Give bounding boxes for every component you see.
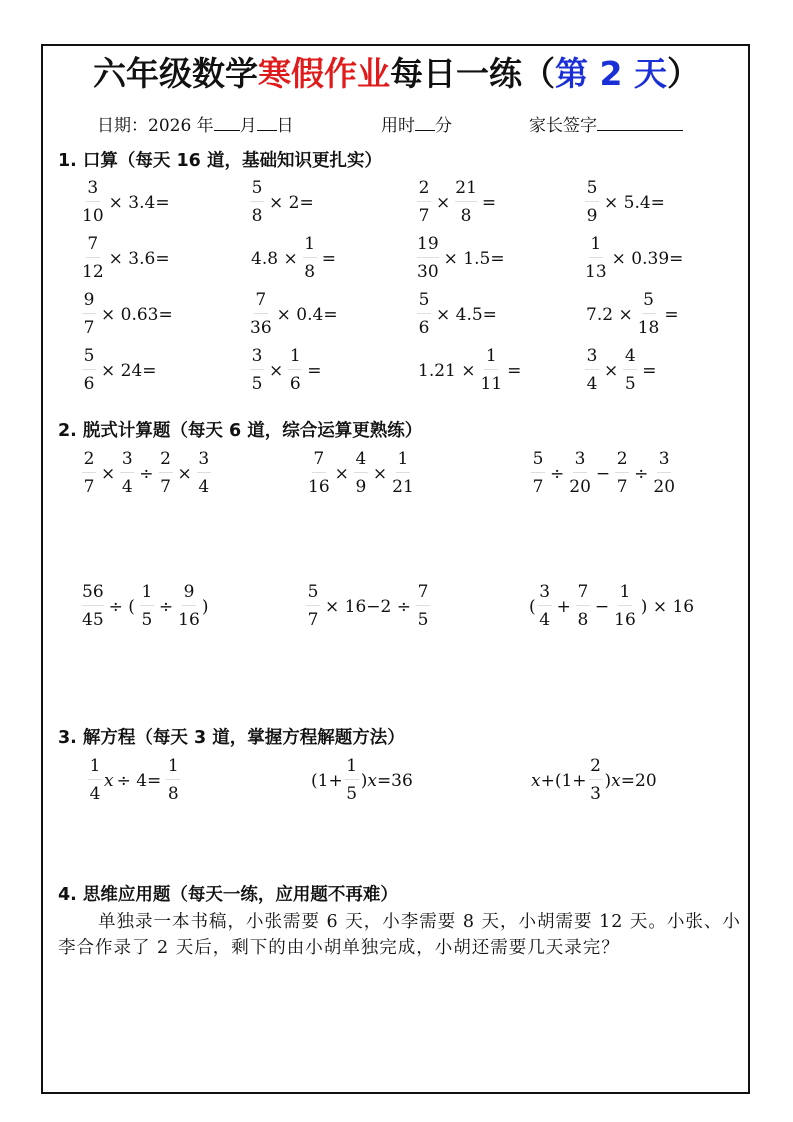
word-problem-text: 单独录一本书稿，小张需要 6 天，小李需要 8 天，小胡需要 12 天。小张、小… (58, 909, 748, 961)
section-2-title: 2. 脱式计算题（每天 6 道，综合运算更熟练） (58, 419, 422, 443)
oral-calc-item: 4.8 ×18= (248, 236, 339, 281)
oral-calc-item: 34×45= (583, 348, 660, 393)
oral-calc-item: 113× 0.39= (583, 236, 686, 281)
step-calc-4: 5645 ÷ ( 15 ÷ 916 ) (80, 584, 208, 629)
title-highlight-red: 寒假作业 (258, 54, 390, 93)
oral-calc-item: 1930× 1.5= (415, 236, 508, 281)
step-calc-5: 57 × 16−2 ÷ 75 (304, 584, 432, 629)
oral-calc-item: 58× 2= (248, 180, 317, 225)
time-field: 用时分 (381, 112, 452, 138)
oral-calc-item: 97× 0.63= (80, 292, 176, 337)
step-calc-2: 716 × 49 × 121 (306, 451, 416, 496)
oral-calc-item: 736× 0.4= (248, 292, 341, 337)
equation-2: (1+ 15 )x=36 (311, 758, 413, 803)
equation-3: x+(1+ 23 )x=20 (531, 758, 657, 803)
time-blank[interactable] (415, 112, 435, 131)
oral-calc-item: 712× 3.6= (80, 236, 173, 281)
title-text: 六年级数学 (93, 54, 258, 93)
title-text: 每日一练（ (390, 54, 555, 93)
date-field: 日期：2026 年月日 (97, 112, 294, 138)
section-3-title: 3. 解方程（每天 3 道，掌握方程解题方法） (58, 726, 405, 750)
parent-sign-blank[interactable] (597, 112, 683, 131)
oral-calc-item: 27×218= (415, 180, 499, 225)
step-calc-6: ( 34 + 78 − 116 ) × 16 (529, 584, 697, 629)
section-1-title: 1. 口算（每天 16 道，基础知识更扎实） (58, 149, 382, 173)
parent-sign-field: 家长签字 (529, 112, 683, 138)
month-blank[interactable] (214, 112, 240, 131)
oral-calc-item: 7.2 ×518= (583, 292, 682, 337)
title-day-blue: 第 2 天 (555, 54, 667, 93)
title-text: ） (667, 54, 700, 93)
day-blank[interactable] (257, 112, 277, 131)
oral-calc-item: 35×16= (248, 348, 325, 393)
page-title: 六年级数学寒假作业每日一练（第 2 天） (0, 52, 793, 96)
oral-calc-item: 56× 4.5= (415, 292, 500, 337)
oral-calc-item: 56× 24= (80, 348, 160, 393)
equation-1: 14 x ÷ 4= 18 (86, 758, 182, 803)
oral-calc-item: 1.21 ×111= (415, 348, 524, 393)
section-4-title: 4. 思维应用题（每天一练，应用题不再难） (58, 883, 398, 907)
oral-calc-item: 310× 3.4= (80, 180, 173, 225)
oral-calc-item: 59× 5.4= (583, 180, 668, 225)
step-calc-3: 57 ÷ 320 − 27 ÷ 320 (529, 451, 677, 496)
step-calc-1: 27 × 34 ÷ 27 × 34 (80, 451, 213, 496)
